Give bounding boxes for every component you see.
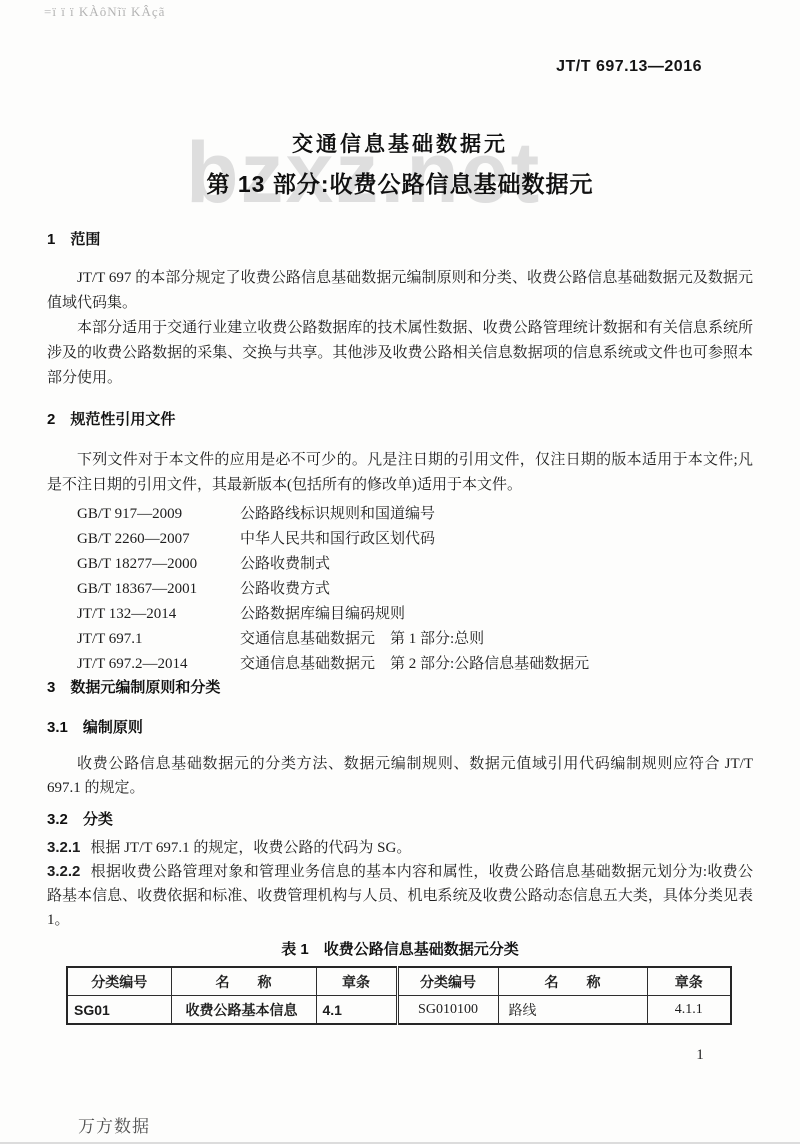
clause-3-2-2: 3.2.2根据收费公路管理对象和管理业务信息的基本内容和属性，收费公路信息基础数… [47,860,753,932]
section1-paragraph-1: JT/T 697 的本部分规定了收费公路信息基础数据元编制原则和分类、收费公路信… [47,266,753,316]
reference-title: 公路数据库编目编码规则 [240,602,753,627]
reference-code: GB/T 18277—2000 [77,552,240,577]
reference-code: GB/T 2260—2007 [77,527,240,552]
table1-header-cell: 章条 [647,967,731,996]
table1-header-cell: 分类编号 [397,967,498,996]
table1-cell-class-code: SG01 [67,996,171,1025]
table1-cell-class-name: 收费公路基本信息 [171,996,316,1025]
reference-item: GB/T 18367—2001 公路收费方式 [47,577,753,602]
page-number: 1 [688,1047,712,1064]
reference-item: JT/T 697.1 交通信息基础数据元 第 1 部分:总则 [47,627,753,652]
clause-number: 3.2.1 [47,839,80,856]
section3-2-heading: 3.2 分类 [47,808,753,829]
reference-title: 交通信息基础数据元 第 2 部分:公路信息基础数据元 [240,652,753,677]
table1-data-row: SG01 收费公路基本信息 4.1 SG010100 路线 4.1.1 [67,996,731,1025]
section3-heading: 3 数据元编制原则和分类 [47,676,753,697]
reference-code: JT/T 132—2014 [77,602,240,627]
reference-title: 交通信息基础数据元 第 1 部分:总则 [240,627,753,652]
reference-title: 公路收费制式 [240,552,753,577]
section2-intro-text: 下列文件对于本文件的应用是必不可少的。凡是注日期的引用文件，仅注日期的版本适用于… [47,448,753,498]
clause-text: 根据 JT/T 697.1 的规定，收费公路的代码为 SG。 [90,840,411,856]
title-line-1: 交通信息基础数据元 [0,128,800,158]
clause-3-2-1: 3.2.1根据 JT/T 697.1 的规定，收费公路的代码为 SG。 [47,836,753,860]
reference-item: GB/T 917—2009 公路路线标识规则和国道编号 [47,502,753,527]
reference-item: GB/T 2260—2007 中华人民共和国行政区划代码 [47,527,753,552]
section1-paragraph-2: 本部分适用于交通行业建立收费公路数据库的技术属性数据、收费公路管理统计数据和有关… [47,316,753,391]
section1-body: JT/T 697 的本部分规定了收费公路信息基础数据元编制原则和分类、收费公路信… [47,266,753,391]
reference-code: GB/T 917—2009 [77,502,240,527]
reference-title: 公路路线标识规则和国道编号 [240,502,753,527]
table1-header-row: 分类编号 名 称 章条 分类编号 名 称 章条 [67,967,731,996]
reference-title: 中华人民共和国行政区划代码 [240,527,753,552]
reference-code: JT/T 697.1 [77,627,240,652]
reference-code: JT/T 697.2—2014 [77,652,240,677]
document-page: =ï ï ï KÀôNĩï KÂçã JT/T 697.13—2016 bzxz… [0,0,800,1144]
standard-code: JT/T 697.13—2016 [556,58,702,76]
table1-header-cell: 分类编号 [67,967,171,996]
document-title: 交通信息基础数据元 第 13 部分:收费公路信息基础数据元 [0,128,800,199]
title-line-2: 第 13 部分:收费公路信息基础数据元 [0,166,800,199]
clause-text: 根据收费公路管理对象和管理业务信息的基本内容和属性，收费公路信息基础数据元划分为… [47,864,753,928]
table1-header-cell: 章条 [316,967,397,996]
table1-cell-subclause: 4.1.1 [647,996,731,1025]
reference-list: GB/T 917—2009 公路路线标识规则和国道编号 GB/T 2260—20… [47,502,753,677]
section1-heading: 1 范围 [47,228,753,249]
section3-1-heading: 3.1 编制原则 [47,716,753,737]
table1-cell-subclass-name: 路线 [498,996,647,1025]
section2-intro: 下列文件对于本文件的应用是必不可少的。凡是注日期的引用文件，仅注日期的版本适用于… [47,448,753,498]
table1: 分类编号 名 称 章条 分类编号 名 称 章条 SG01 收费公路基本信息 4.… [66,966,732,1025]
table1-header-cell: 名 称 [498,967,647,996]
table1-header-cell: 名 称 [171,967,316,996]
reference-item: GB/T 18277—2000 公路收费制式 [47,552,753,577]
wanfang-watermark: 万方数据 [78,1112,150,1137]
clause-number: 3.2.2 [47,863,80,880]
section3-1-paragraph: 收费公路信息基础数据元的分类方法、数据元编制规则、数据元值域引用代码编制规则应符… [47,752,753,800]
reference-item: JT/T 132—2014 公路数据库编目编码规则 [47,602,753,627]
table1-cell-subclass-code: SG010100 [397,996,498,1025]
table1-caption: 表 1 收费公路信息基础数据元分类 [47,938,753,959]
reference-item: JT/T 697.2—2014 交通信息基础数据元 第 2 部分:公路信息基础数… [47,652,753,677]
section2-heading: 2 规范性引用文件 [47,408,753,429]
reference-code: GB/T 18367—2001 [77,577,240,602]
reference-title: 公路收费方式 [240,577,753,602]
table1-cell-clause: 4.1 [316,996,397,1025]
scan-artifact-watermark: =ï ï ï KÀôNĩï KÂçã [44,4,165,20]
section3-1-body: 收费公路信息基础数据元的分类方法、数据元编制规则、数据元值域引用代码编制规则应符… [47,752,753,800]
